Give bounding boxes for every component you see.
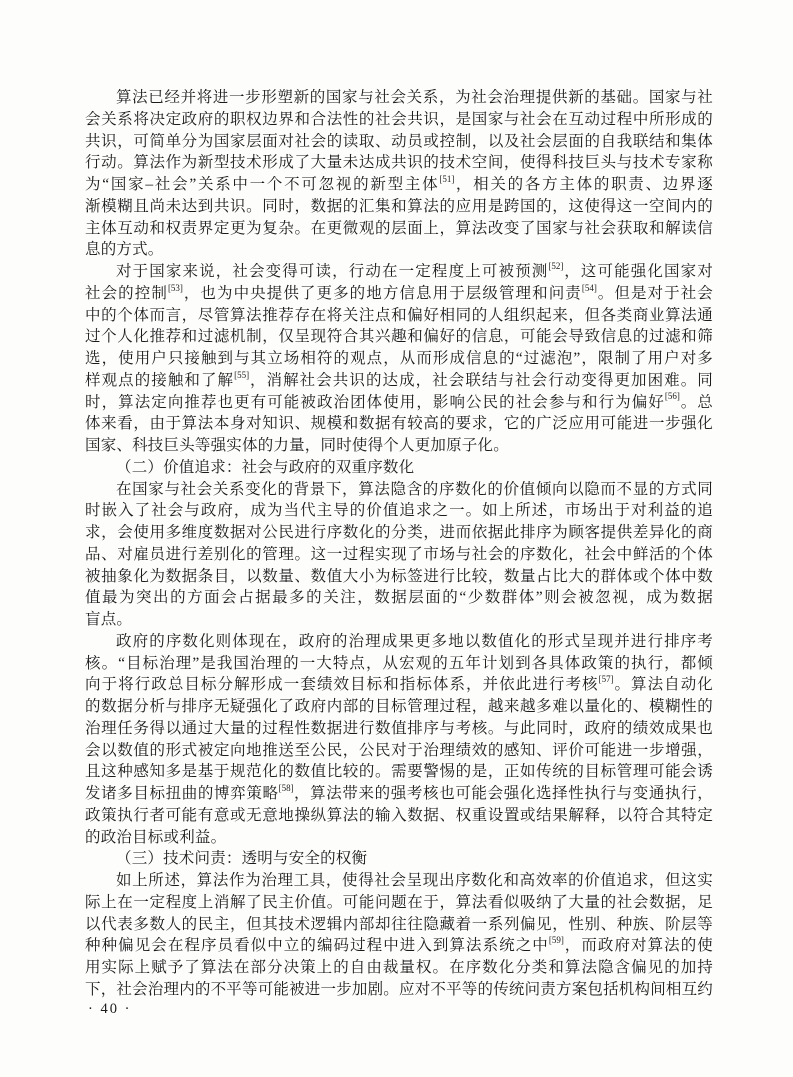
text-line: 社会的控制[53]，也为中央提供了更多的地方信息用于层级管理和问责[54]。但是… <box>85 283 713 305</box>
text-line: 下，社会治理内的不平等可能被进一步加剧。应对不平等的传统问责方案包括机构间相互约 <box>85 979 713 1001</box>
text-line: 盲点。 <box>85 609 713 631</box>
footnote-ref: [54] <box>582 283 597 293</box>
page: 算法已经并将进一步形塑新的国家与社会关系，为社会治理提供新的基础。国家与社会关系… <box>0 0 793 1077</box>
text-line: 对于国家来说，社会变得可读，行动在一定程度上可被预测[52]，这可能强化国家对 <box>85 261 713 283</box>
text-line: 用实际上赋予了算法在部分决策上的自由裁量权。在序数化分类和算法隐含偏见的加持 <box>85 957 713 979</box>
footnote-ref: [51] <box>439 174 454 184</box>
text-line: 政策执行者可能有意或无意地操纵算法的输入数据、权重设置或结果解释，以符合其特定 <box>85 805 713 827</box>
footnote-ref: [52] <box>548 261 563 271</box>
text-line: 体来看，由于算法本身对知识、规模和数据有较高的要求，它的广泛应用可能进一步强化 <box>85 413 713 435</box>
footnote-ref: [58] <box>279 783 294 793</box>
text-line: 渐模糊且尚未达到共识。同时，数据的汇集和算法的应用是跨国的，这使得这一空间内的 <box>85 196 713 218</box>
text-line: 国家、科技巨头等强实体的力量，同时使得个人更加原子化。 <box>85 435 713 457</box>
text-line: 选，使用户只接触到与其立场相符的观点，从而形成信息的“过滤泡”，限制了用户对多 <box>85 348 713 370</box>
text-line: 的数据分析与排序无疑强化了政府内部的目标管理过程，越来越多难以量化的、模糊性的 <box>85 696 713 718</box>
text-line: 息的方式。 <box>85 239 713 261</box>
text-line: 的政治目标或利益。 <box>85 827 713 849</box>
footnote-ref: [56] <box>665 392 680 402</box>
section-heading: （三）技术问责：透明与安全的权衡 <box>85 848 713 870</box>
text-line: 核。“目标治理”是我国治理的一大特点，从宏观的五年计划到各具体政策的执行，都倾 <box>85 653 713 675</box>
text-line: 值最为突出的方面会占据最多的关注，数据层面的“少数群体”则会被忽视，成为数据 <box>85 587 713 609</box>
text-line: 算法已经并将进一步形塑新的国家与社会关系，为社会治理提供新的基础。国家与社 <box>85 87 713 109</box>
text-line: 政府的序数化则体现在，政府的治理成果更多地以数值化的形式呈现并进行排序考 <box>85 631 713 653</box>
footnote-ref: [59] <box>549 935 564 945</box>
text-line: 种种偏见会在程序员看似中立的编码过程中进入到算法系统之中[59]，而政府对算法的… <box>85 935 713 957</box>
text-line: 时，算法定向推荐也更有可能被政治团体使用，影响公民的社会参与和行为偏好[56]。… <box>85 392 713 414</box>
text-line: 过个人化推荐和过滤机制，仅呈现符合其兴趣和偏好的信息，可能会导致信息的过滤和筛 <box>85 326 713 348</box>
text-line: 时嵌入了社会与政府，成为当代主导的价值追求之一。如上所述，市场出于对利益的追 <box>85 500 713 522</box>
text-line: 会以数值的形式被定向地推送至公民，公民对于治理绩效的感知、评价可能进一步增强， <box>85 740 713 762</box>
text-line: 共识，可简单分为国家层面对社会的读取、动员或控制，以及社会层面的自我联结和集体 <box>85 131 713 153</box>
text-line: 向于将行政总目标分解形成一套绩效目标和指标体系，并依此进行考核[57]。算法自动… <box>85 674 713 696</box>
footnote-ref: [53] <box>168 283 183 293</box>
text-line: 样观点的接触和了解[55]，消解社会共识的达成，社会联结与社会行动变得更加困难。… <box>85 370 713 392</box>
text-line: 际上在一定程度上消解了民主价值。可能问题在于，算法看似吸纳了大量的社会数据，足 <box>85 892 713 914</box>
text-line: 治理任务得以通过大量的过程性数据进行数值排序与考核。与此同时，政府的绩效成果也 <box>85 718 713 740</box>
section-heading: （二）价值追求：社会与政府的双重序数化 <box>85 457 713 479</box>
page-number: · 40 · <box>88 998 131 1020</box>
text-line: 为“国家–社会”关系中一个不可忽视的新型主体[51]，相关的各方主体的职责、边界… <box>85 174 713 196</box>
footnote-ref: [57] <box>599 674 614 684</box>
footnote-ref: [55] <box>234 370 249 380</box>
text-block: 算法已经并将进一步形塑新的国家与社会关系，为社会治理提供新的基础。国家与社会关系… <box>85 87 713 1001</box>
text-line: 如上所述，算法作为治理工具，使得社会呈现出序数化和高效率的价值追求，但这实 <box>85 870 713 892</box>
text-line: 在国家与社会关系变化的背景下，算法隐含的序数化的价值倾向以隐而不显的方式同 <box>85 479 713 501</box>
text-line: 发诸多目标扭曲的博弈策略[58]，算法带来的强考核也可能会强化选择性执行与变通执… <box>85 783 713 805</box>
text-line: 求，会使用多维度数据对公民进行序数化的分类，进而依据此排序为顾客提供差异化的商 <box>85 522 713 544</box>
text-line: 以代表多数人的民主，但其技术逻辑内部却往往隐藏着一系列偏见，性别、种族、阶层等 <box>85 914 713 936</box>
text-line: 会关系将决定政府的职权边界和合法性的社会共识，是国家与社会在互动过程中所形成的 <box>85 109 713 131</box>
text-line: 被抽象化为数据条目，以数量、数值大小为标签进行比较，数量占比大的群体或个体中数 <box>85 566 713 588</box>
text-line: 且这种感知多是基于规范化的数值比较的。需要警惕的是，正如传统的目标管理可能会诱 <box>85 761 713 783</box>
text-line: 中的个体而言，尽管算法推荐存在将关注点和偏好相同的人组织起来，但各类商业算法通 <box>85 305 713 327</box>
text-line: 品、对雇员进行差别化的管理。这一过程实现了市场与社会的序数化，社会中鲜活的个体 <box>85 544 713 566</box>
text-line: 主体互动和权责界定更为复杂。在更微观的层面上，算法改变了国家与社会获取和解读信 <box>85 218 713 240</box>
text-line: 行动。算法作为新型技术形成了大量未达成共识的技术空间，使得科技巨头与技术专家称 <box>85 152 713 174</box>
